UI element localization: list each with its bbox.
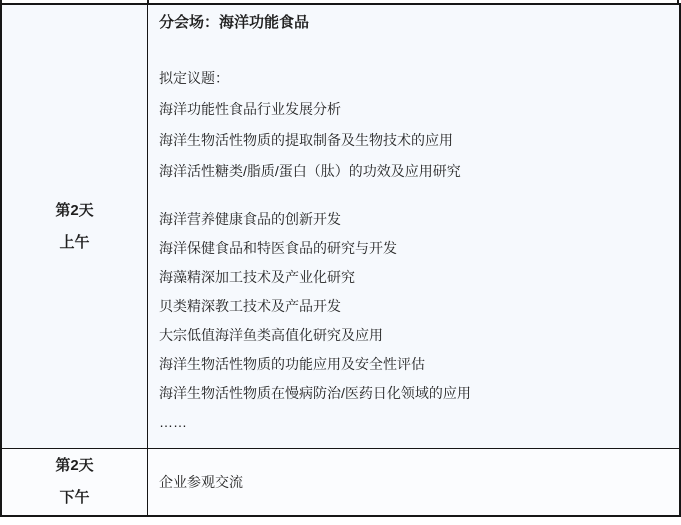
agenda-label: 拟定议题： — [159, 63, 665, 94]
table-cell-day2-afternoon: 第2天 下午 — [2, 449, 148, 515]
topic-item: 海洋保健食品和特医食品的研究与开发 — [159, 234, 665, 263]
topic-item: 海藻精深加工技术及产业化研究 — [159, 263, 665, 292]
topic-item: 海洋活性糖类/脂质/蛋白（肽）的功效及应用研究 — [159, 156, 665, 187]
topic-item: 大宗低值海洋鱼类高值化研究及应用 — [159, 321, 665, 350]
topic-item: 贝类精深教工技术及产品开发 — [159, 292, 665, 321]
topic-item: 海洋功能性食品行业发展分析 — [159, 94, 665, 125]
topic-group-primary: 拟定议题： 海洋功能性食品行业发展分析 海洋生物活性物质的提取制备及生物技术的应… — [159, 63, 665, 187]
topic-ellipsis: …… — [159, 408, 665, 437]
table-cell-day2-morning: 第2天 上午 — [2, 5, 148, 449]
topic-item: 海洋生物活性物质在慢病防治/医药日化领域的应用 — [159, 379, 665, 408]
table-cell-afternoon-activity: 企业参观交流 — [148, 449, 679, 515]
day-label: 第2天 — [55, 195, 93, 227]
topic-item: 海洋生物活性物质的功能应用及安全性评估 — [159, 350, 665, 379]
topic-group-secondary: 海洋营养健康食品的创新开发 海洋保健食品和特医食品的研究与开发 海藻精深加工技术… — [159, 205, 665, 437]
conference-agenda-table: 第2天 上午 分会场：海洋功能食品 拟定议题： 海洋功能性食品行业发展分析 海洋… — [0, 3, 681, 517]
table-cell-session-content: 分会场：海洋功能食品 拟定议题： 海洋功能性食品行业发展分析 海洋生物活性物质的… — [148, 5, 679, 449]
day-label: 第2天 — [55, 450, 93, 482]
period-label: 上午 — [59, 227, 89, 259]
period-label: 下午 — [59, 482, 89, 514]
topic-item: 海洋生物活性物质的提取制备及生物技术的应用 — [159, 125, 665, 156]
session-title: 分会场：海洋功能食品 — [159, 11, 665, 35]
topic-item: 海洋营养健康食品的创新开发 — [159, 205, 665, 234]
activity-label: 企业参观交流 — [159, 472, 243, 492]
